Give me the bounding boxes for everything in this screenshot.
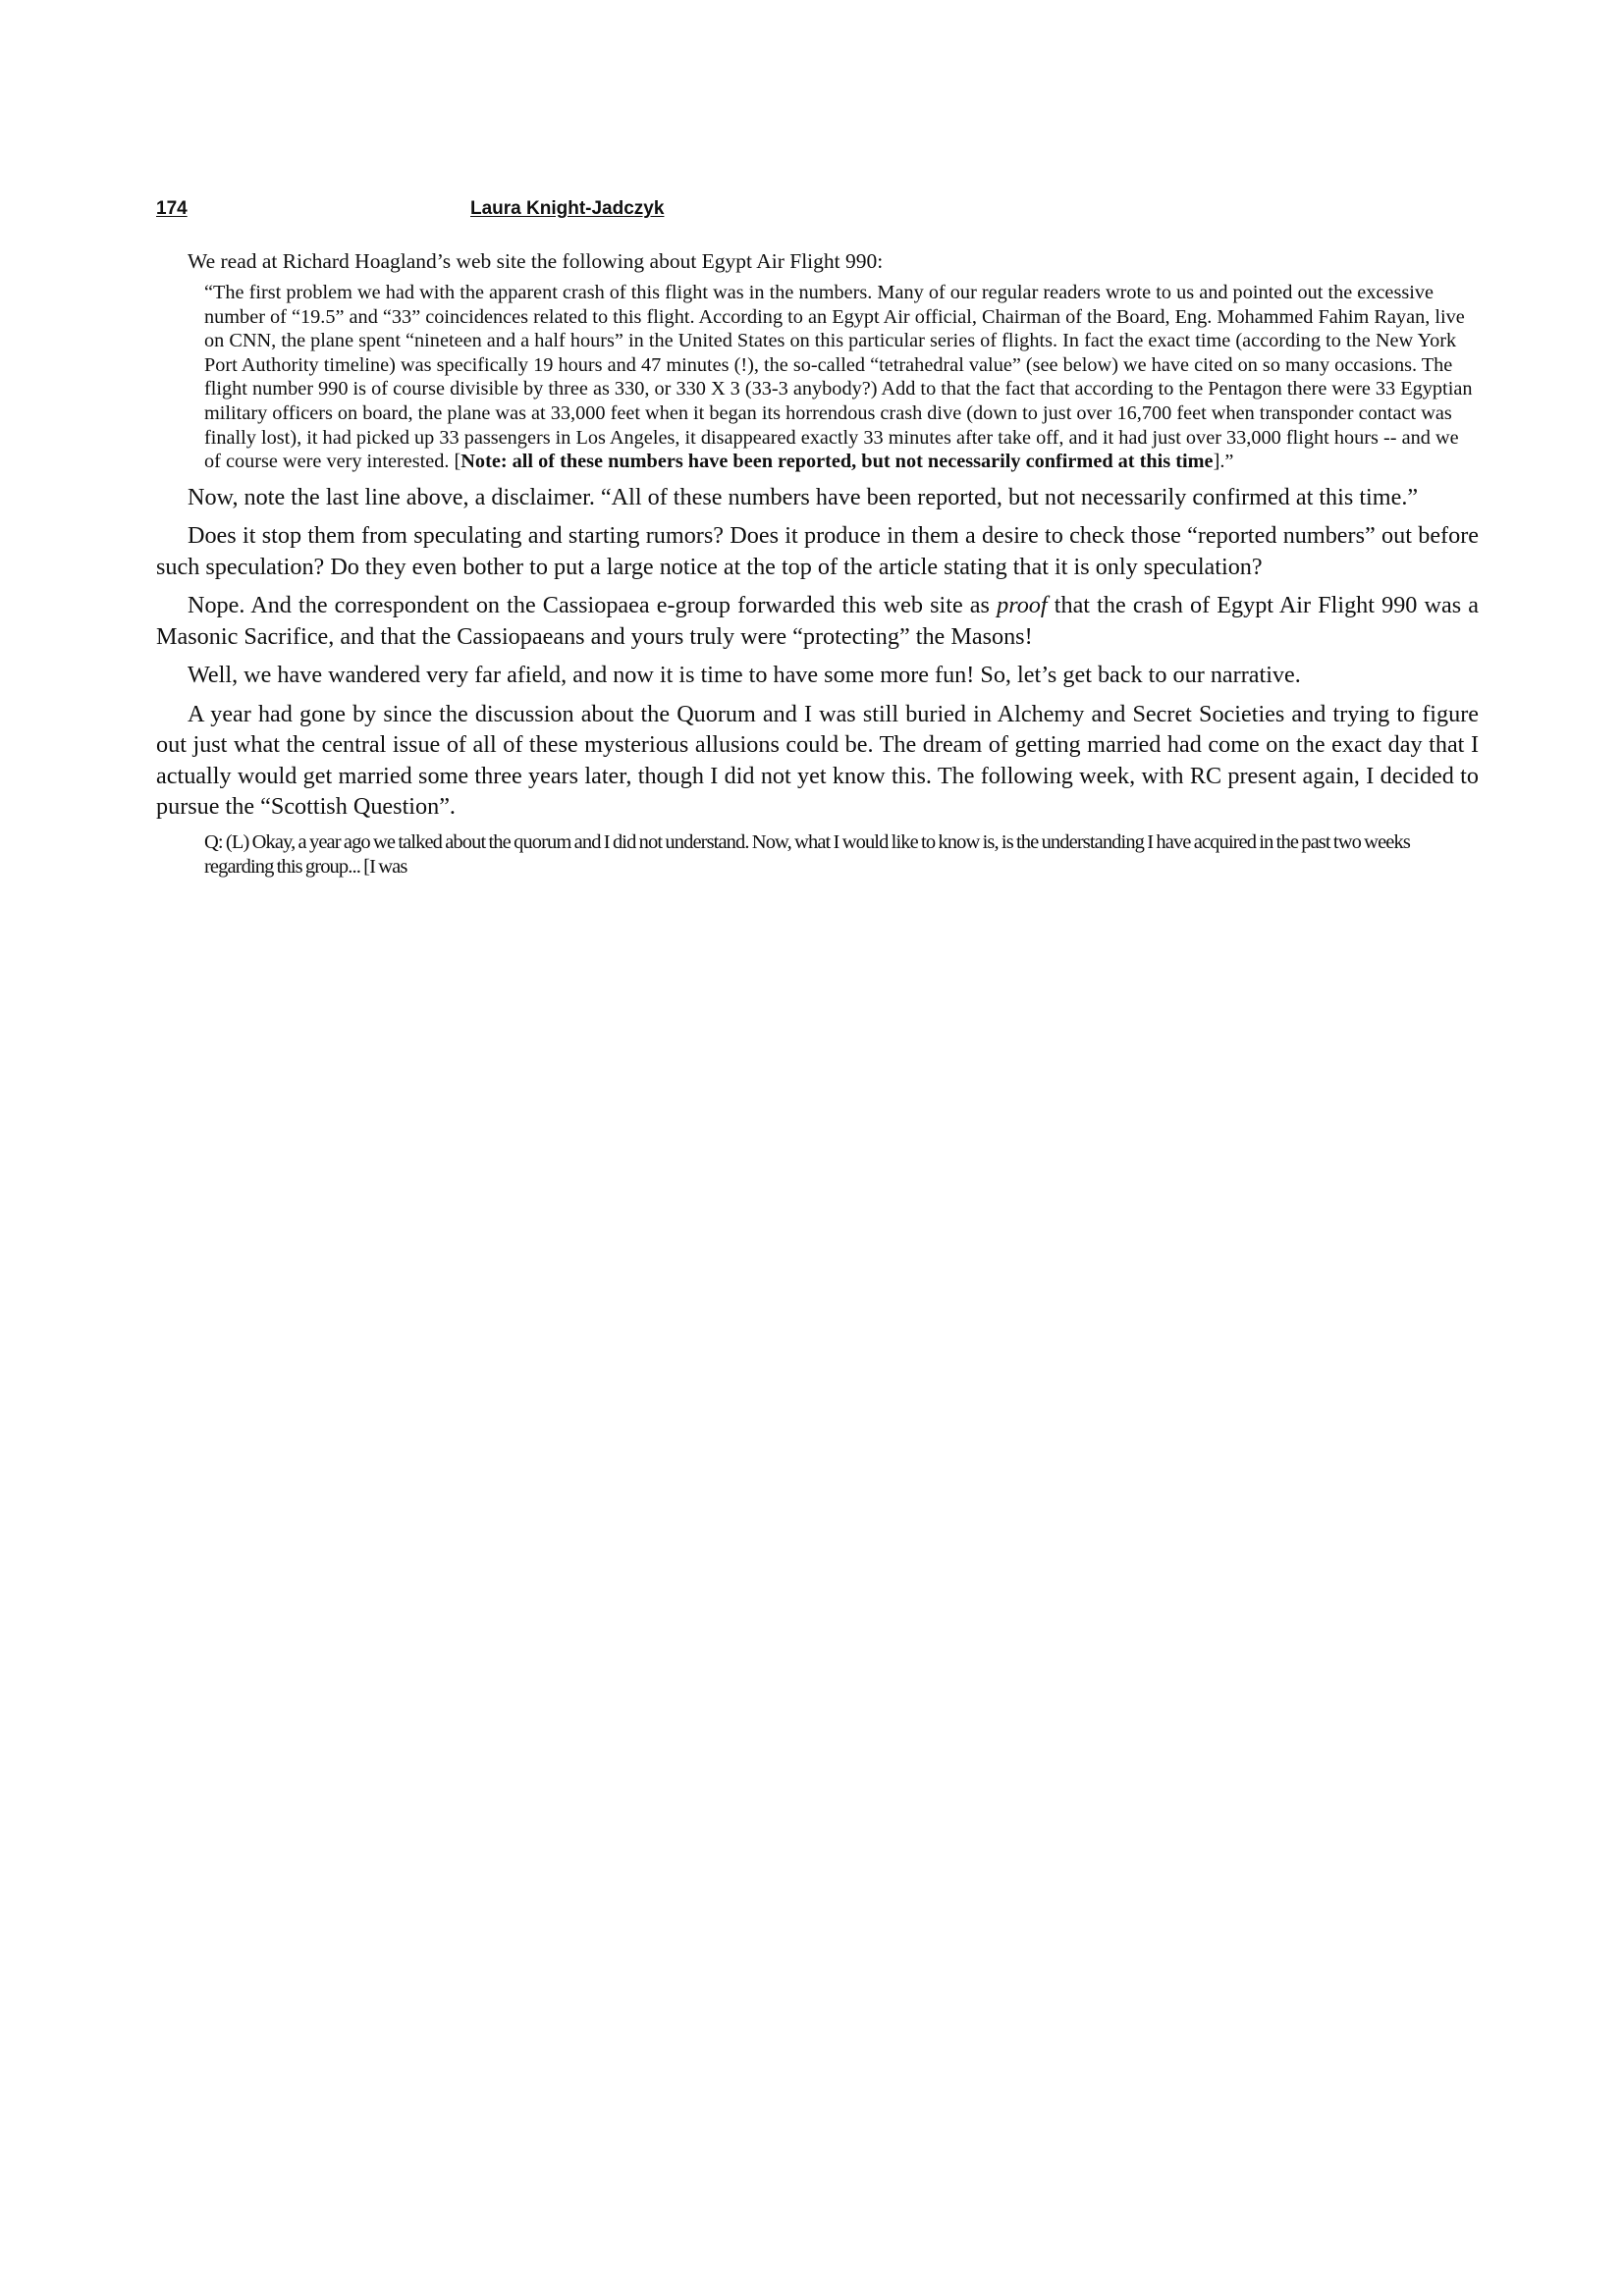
quote-note-bold: Note: all of these numbers have been rep… xyxy=(460,451,1213,472)
paragraph-speculation: Does it stop them from speculating and s… xyxy=(156,520,1479,582)
quote-closing: ].” xyxy=(1214,451,1234,472)
author-name: Laura Knight-Jadczyk xyxy=(470,194,664,224)
intro-line: We read at Richard Hoagland’s web site t… xyxy=(156,247,1479,275)
paragraph-afield: Well, we have wandered very far afield, … xyxy=(156,660,1479,691)
paragraph-quorum: A year had gone by since the discussion … xyxy=(156,699,1479,823)
p3-italic-proof: proof xyxy=(997,592,1048,618)
page-number: 174 xyxy=(156,194,188,224)
transcript-question: Q: (L) Okay, a year ago we talked about … xyxy=(204,830,1479,881)
block-quote: “The first problem we had with the appar… xyxy=(204,281,1479,474)
quote-text: “The first problem we had with the appar… xyxy=(204,282,1472,472)
paragraph-disclaimer: Now, note the last line above, a disclai… xyxy=(156,482,1479,513)
running-header: 174 Laura Knight-Jadczyk xyxy=(156,194,1479,224)
p3-text-before: Nope. And the correspondent on the Cassi… xyxy=(188,592,997,618)
paragraph-nope: Nope. And the correspondent on the Cassi… xyxy=(156,590,1479,652)
document-page: 174 Laura Knight-Jadczyk We read at Rich… xyxy=(156,194,1479,881)
